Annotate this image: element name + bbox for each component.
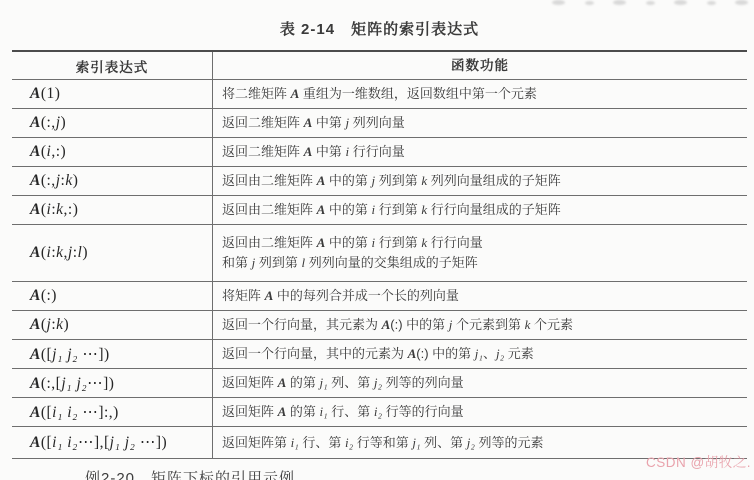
- description-line: 返回二维矩阵 A 中第 j 列列向量: [222, 113, 741, 133]
- clipped-next-caption: 例2-20 矩阵下标的引用示例: [85, 467, 295, 480]
- table-title: 表 2-14 矩阵的索引表达式: [12, 18, 747, 39]
- table-row: A(1)将二维矩阵 A 重组为一维数组，返回数组中第一个元素: [12, 80, 747, 109]
- table-row: A(i:k,j:l)返回由二维矩阵 A 中的第 i 行到第 k 行行向量和第 j…: [12, 225, 747, 282]
- expression-cell: A(j:k): [12, 311, 213, 339]
- table-row: A(:,j)返回二维矩阵 A 中第 j 列列向量: [12, 109, 747, 138]
- matrix-expression: A(:,j): [30, 114, 208, 132]
- artifact-dot: [735, 0, 748, 5]
- expression-cell: A(:,j): [12, 109, 213, 137]
- description-line: 将二维矩阵 A 重组为一维数组，返回数组中第一个元素: [222, 84, 741, 104]
- artifact-dot: [585, 1, 594, 5]
- function-description-cell: 返回一个行向量，其中的元素为 A(:) 中的第 j₁、j₂ 元素: [213, 340, 747, 368]
- expression-cell: A(i:k,:): [12, 196, 213, 224]
- table-body: A(1)将二维矩阵 A 重组为一维数组，返回数组中第一个元素A(:,j)返回二维…: [12, 80, 747, 459]
- table-row: A(i:k,:)返回由二维矩阵 A 中的第 i 行到第 k 行行向量组成的子矩阵: [12, 196, 747, 225]
- artifact-dot: [646, 1, 655, 5]
- expression-cell: A([i₁ i₂⋯],[j₁ j₂ ⋯]): [12, 427, 213, 458]
- table-row: A(:)将矩阵 A 中的每列合并成一个长的列向量: [12, 282, 747, 311]
- matrix-expression: A([i₁ i₂ ⋯]:,): [30, 403, 208, 422]
- table-row: A(:,j:k)返回由二维矩阵 A 中的第 j 列到第 k 列列向量组成的子矩阵: [12, 167, 747, 196]
- matrix-expression: A(:,j:k): [30, 172, 208, 190]
- expression-cell: A(:,[j₁ j₂⋯]): [12, 369, 213, 397]
- table-header-row: 索引表达式 函数功能: [12, 52, 747, 80]
- function-description-cell: 将矩阵 A 中的每列合并成一个长的列向量: [213, 282, 747, 310]
- scanned-page: 表 2-14 矩阵的索引表达式 索引表达式 函数功能 A(1)将二维矩阵 A 重…: [0, 0, 754, 480]
- function-description-cell: 返回由二维矩阵 A 中的第 j 列到第 k 列列向量组成的子矩阵: [213, 167, 747, 195]
- function-description-cell: 返回一个行向量，其元素为 A(:) 中的第 j 个元素到第 k 个元素: [213, 311, 747, 339]
- description-line: 返回一个行向量，其中的元素为 A(:) 中的第 j₁、j₂ 元素: [222, 344, 741, 364]
- description-line: 返回矩阵 A 的第 i₁ 行、第 i₂ 行等的行向量: [222, 402, 741, 422]
- matrix-expression: A(i,:): [30, 143, 208, 161]
- function-description-cell: 返回由二维矩阵 A 中的第 i 行到第 k 行行向量和第 j 列到第 l 列列向…: [213, 225, 747, 281]
- artifact-dot: [613, 0, 626, 5]
- expression-cell: A([i₁ i₂ ⋯]:,): [12, 398, 213, 426]
- matrix-expression: A(i:k,j:l): [30, 244, 208, 262]
- matrix-expression: A(1): [30, 85, 208, 103]
- description-line: 返回矩阵 A 的第 j₁ 列、第 j₂ 列等的列向量: [222, 373, 741, 393]
- artifact-dot: [674, 0, 687, 5]
- column-header-index-expression: 索引表达式: [12, 52, 213, 79]
- table-row: A([i₁ i₂⋯],[j₁ j₂ ⋯])返回矩阵第 i₁ 行、第 i₂ 行等和…: [12, 427, 747, 459]
- table-row: A(j:k)返回一个行向量，其元素为 A(:) 中的第 j 个元素到第 k 个元…: [12, 311, 747, 340]
- matrix-expression: A(:): [30, 287, 208, 305]
- csdn-watermark: CSDN @胡牧之.: [646, 451, 751, 471]
- matrix-expression: A(i:k,:): [30, 201, 208, 219]
- function-description-cell: 将二维矩阵 A 重组为一维数组，返回数组中第一个元素: [213, 80, 747, 108]
- expression-cell: A([j₁ j₂ ⋯]): [12, 340, 213, 368]
- function-description-cell: 返回二维矩阵 A 中第 i 行行向量: [213, 138, 747, 166]
- matrix-expression: A([i₁ i₂⋯],[j₁ j₂ ⋯]): [30, 433, 208, 452]
- matrix-expression: A(:,[j₁ j₂⋯]): [30, 374, 208, 393]
- description-line: 返回一个行向量，其元素为 A(:) 中的第 j 个元素到第 k 个元素: [222, 315, 741, 335]
- expression-cell: A(i,:): [12, 138, 213, 166]
- description-line: 返回二维矩阵 A 中第 i 行行向量: [222, 142, 741, 162]
- description-line: 将矩阵 A 中的每列合并成一个长的列向量: [222, 286, 741, 306]
- matrix-expression: A(j:k): [30, 316, 208, 334]
- expression-cell: A(i:k,j:l): [12, 225, 213, 281]
- artifact-dot: [552, 0, 565, 5]
- expression-cell: A(:): [12, 282, 213, 310]
- description-line: 返回矩阵第 i₁ 行、第 i₂ 行等和第 j₁ 列、第 j₂ 列等的元素: [222, 433, 741, 453]
- expression-cell: A(:,j:k): [12, 167, 213, 195]
- description-line: 返回由二维矩阵 A 中的第 j 列到第 k 列列向量组成的子矩阵: [222, 171, 741, 191]
- description-line: 返回由二维矩阵 A 中的第 i 行到第 k 行行向量: [222, 233, 741, 253]
- function-description-cell: 返回二维矩阵 A 中第 j 列列向量: [213, 109, 747, 137]
- description-line: 和第 j 列到第 l 列列向量的交集组成的子矩阵: [222, 253, 741, 273]
- expression-cell: A(1): [12, 80, 213, 108]
- table-row: A(:,[j₁ j₂⋯])返回矩阵 A 的第 j₁ 列、第 j₂ 列等的列向量: [12, 369, 747, 398]
- column-header-function: 函数功能: [213, 52, 747, 79]
- function-description-cell: 返回矩阵 A 的第 j₁ 列、第 j₂ 列等的列向量: [213, 369, 747, 397]
- table-row: A([j₁ j₂ ⋯])返回一个行向量，其中的元素为 A(:) 中的第 j₁、j…: [12, 340, 747, 369]
- matrix-index-expression-table: 索引表达式 函数功能 A(1)将二维矩阵 A 重组为一维数组，返回数组中第一个元…: [12, 50, 747, 459]
- description-line: 返回由二维矩阵 A 中的第 i 行到第 k 行行向量组成的子矩阵: [222, 200, 741, 220]
- clipped-previous-line-artifact: [552, 0, 748, 9]
- matrix-expression: A([j₁ j₂ ⋯]): [30, 345, 208, 364]
- table-row: A(i,:)返回二维矩阵 A 中第 i 行行向量: [12, 138, 747, 167]
- table-row: A([i₁ i₂ ⋯]:,)返回矩阵 A 的第 i₁ 行、第 i₂ 行等的行向量: [12, 398, 747, 427]
- artifact-dot: [707, 1, 716, 5]
- function-description-cell: 返回由二维矩阵 A 中的第 i 行到第 k 行行向量组成的子矩阵: [213, 196, 747, 224]
- function-description-cell: 返回矩阵 A 的第 i₁ 行、第 i₂ 行等的行向量: [213, 398, 747, 426]
